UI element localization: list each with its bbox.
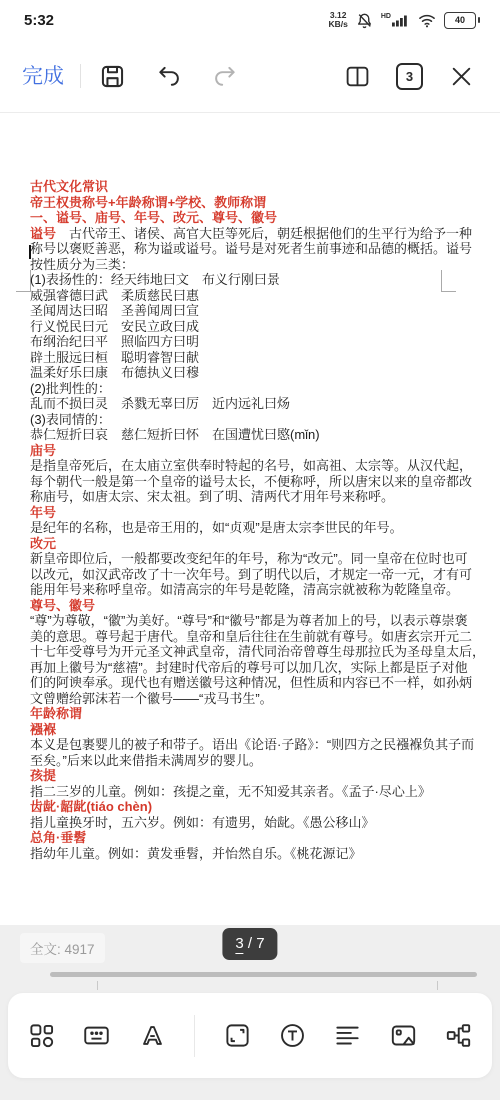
font-style-button[interactable]: [139, 1022, 166, 1049]
clock: 5:32: [24, 12, 54, 29]
keyboard-button[interactable]: [83, 1022, 110, 1049]
fit-frame-icon: [224, 1022, 251, 1049]
doc-heading-text: 尊号、徽号: [30, 598, 95, 613]
doc-body-text: 每个朝代一般是第一个皇帝的谥号太长，不便称呼，所以唐宋以来的皇帝都改: [30, 474, 472, 489]
doc-body-text: 乱而不损曰灵 杀戮无辜曰厉 近内远礼曰炀: [30, 396, 290, 411]
doc-line: 是纪年的名称，也是帝王用的，如“贞观”是唐太宗李世民的年号。: [30, 520, 470, 536]
insert-shape-button[interactable]: [445, 1022, 472, 1049]
doc-line: 庙号: [30, 443, 470, 459]
bottom-toolbar: [8, 993, 492, 1078]
doc-line: (3)表同情的：: [30, 412, 470, 428]
text-format-button[interactable]: [279, 1022, 306, 1049]
doc-line: 至矣。”后来以此来借指未满周岁的婴儿。: [30, 753, 470, 769]
doc-body-text: 新皇帝即位后，一般都要改变纪年的年号，称为“改元”。同一皇帝在位时也可: [30, 551, 468, 566]
page-indicator-badge[interactable]: 3 / 7: [222, 928, 277, 960]
doc-lines: 古代文化常识帝王权贵称号+年龄称谓+学校、教师称谓一、谥号、庙号、年号、改元、尊…: [30, 179, 470, 861]
doc-heading-text: 襁褓: [30, 722, 56, 737]
next-page-mark-right: [437, 981, 438, 990]
doc-heading-text: 齿龀·龆龀(tiáo chèn): [30, 799, 152, 814]
doc-line: 谥号 古代帝王、诸侯、高官大臣等死后，朝廷根据他们的生平行为给予一种: [30, 226, 470, 242]
horizontal-scrollbar[interactable]: [50, 972, 477, 977]
doc-line: 一、谥号、庙号、年号、改元、尊号、徽号: [30, 210, 470, 226]
bottom-toolbar-divider: [194, 1015, 195, 1057]
mute-bell-icon: [356, 12, 373, 29]
doc-line: 称庙号，如唐太宗、宋太祖。到了明、清两代才用年号来称呼。: [30, 489, 470, 505]
crop-mark-top-left: [16, 270, 31, 292]
doc-line: 按性质分为三类：: [30, 257, 470, 273]
doc-line: (1)表扬性的：经天纬地曰文 布义行刚曰景: [30, 272, 470, 288]
doc-line: 温柔好乐曰康 布德执义曰穆: [30, 365, 470, 381]
battery-icon: 40: [444, 12, 476, 29]
text-circle-icon: [279, 1022, 306, 1049]
doc-body-text: (1)表扬性的：经天纬地曰文 布义行刚曰景: [30, 272, 280, 287]
save-icon: [99, 63, 126, 90]
doc-heading-text: 年龄称谓: [30, 706, 82, 721]
doc-heading-text: 谥号: [30, 226, 56, 241]
doc-line: 总角·垂髫: [30, 830, 470, 846]
doc-line: 年号: [30, 505, 470, 521]
total-pages: 7: [256, 935, 264, 952]
undo-icon: [156, 63, 182, 89]
doc-body-text: 指幼年儿童。例如：黄发垂髫，并怡然自乐。《桃花源记》: [30, 846, 362, 861]
doc-line: 襁褓: [30, 722, 470, 738]
doc-line: 帝王权贵称号+年龄称谓+学校、教师称谓: [30, 195, 470, 211]
doc-heading-text: 帝王权贵称号+年龄称谓+学校、教师称谓: [30, 195, 266, 210]
doc-body-text: (2)批判性的：: [30, 381, 111, 396]
network-speed: 3.12 KB/s: [329, 11, 348, 30]
doc-heading-text: 孩提: [30, 768, 56, 783]
doc-line: 齿龀·龆龀(tiáo chèn): [30, 799, 470, 815]
doc-body-text: 行义悦民曰元 安民立政曰成: [30, 319, 199, 334]
doc-body-text: 以改元，如汉武帝改了十一次年号。到了明代以后，才规定一帝一元，才有可: [30, 567, 472, 582]
doc-heading-text: 总角·垂髫: [30, 830, 86, 845]
doc-heading-text: 庙号: [30, 443, 56, 458]
insert-image-button[interactable]: [390, 1022, 417, 1049]
doc-line: 再加上徽号为“慈禧”。封建时代帝后的尊号可以加几次，实际上都是臣子对他: [30, 660, 470, 676]
doc-body-text: 称庙号，如唐太宗、宋太祖。到了明、清两代才用年号来称呼。: [30, 489, 394, 504]
word-count-chip[interactable]: 全文: 4917: [20, 933, 105, 963]
close-button[interactable]: [449, 64, 474, 89]
doc-line: 美的意思。尊号起于唐代。皇帝和皇后往往在生前就有尊号。如唐玄宗开元二: [30, 629, 470, 645]
font-style-icon: [139, 1022, 166, 1049]
paragraph-button[interactable]: [334, 1022, 361, 1049]
doc-body-text: 恭仁短折曰哀 慈仁短折曰怀 在国遭忧曰愍(mǐn): [30, 427, 320, 442]
image-icon: [390, 1022, 417, 1049]
wifi-icon: [418, 13, 436, 28]
doc-body-text: 指儿童换牙时，五六岁。例如：有遗男，始龀。《愚公移山》: [30, 815, 375, 830]
doc-body-text: 温柔好乐曰康 布德执义曰穆: [30, 365, 199, 380]
doc-line: 孩提: [30, 768, 470, 784]
doc-body-text: 布纲治纪曰平 照临四方曰明: [30, 334, 199, 349]
doc-line: 指二三岁的儿童。例如：孩提之童，无不知爱其亲者。《孟子·尽心上》: [30, 784, 470, 800]
shapes-flow-icon: [445, 1022, 472, 1049]
edit-toolbar: 完成: [0, 40, 500, 113]
doc-body-text: 辟土服远曰桓 聪明睿智曰献: [30, 350, 199, 365]
doc-body-text: 文曾赠给郭沫若一个徽号——“戎马书生”。: [30, 691, 273, 706]
doc-body-text: 是指皇帝死后，在太庙立室供奉时特起的名号，如高祖、太宗等。从汉代起，: [30, 458, 472, 473]
doc-heading-text: 改元: [30, 536, 56, 551]
doc-body-text: 能用年号来称呼皇帝。如清高宗的年号是乾隆，清高宗就被称为乾隆皇帝。: [30, 582, 459, 597]
doc-body-text: (3)表同情的：: [30, 412, 111, 427]
cell-signal-icon: HD: [381, 13, 410, 27]
doc-line: 文曾赠给郭沫若一个徽号——“戎马书生”。: [30, 691, 470, 707]
done-button[interactable]: 完成: [22, 66, 64, 87]
doc-body-text: 威强睿德曰武 柔质慈民曰惠: [30, 288, 199, 303]
toolbar-divider: [80, 64, 81, 88]
tools-grid-button[interactable]: [28, 1022, 55, 1049]
text-cursor: [29, 245, 31, 259]
redo-button[interactable]: [212, 63, 238, 89]
doc-body-text: 十七年受尊号为开元圣文神武皇帝，清代同治帝曾尊生母那拉氏为圣母皇太后，: [30, 644, 485, 659]
doc-body-text: 们的阿谀奉承。现代也有赠送徽号这种情况，但性质和内容已不一样，如孙炳: [30, 675, 472, 690]
doc-line: 指幼年儿童。例如：黄发垂髫，并怡然自乐。《桃花源记》: [30, 846, 470, 862]
doc-line: 新皇帝即位后，一般都要改变纪年的年号，称为“改元”。同一皇帝在位时也可: [30, 551, 470, 567]
undo-button[interactable]: [156, 63, 182, 89]
doc-line: 能用年号来称呼皇帝。如清高宗的年号是乾隆，清高宗就被称为乾隆皇帝。: [30, 582, 470, 598]
tab-count-box: 3: [396, 63, 423, 90]
status-icons: 3.12 KB/s HD 40: [329, 11, 477, 30]
doc-line: (2)批判性的：: [30, 381, 470, 397]
doc-line: 乱而不损曰灵 杀戮无辜曰厉 近内远礼曰炀: [30, 396, 470, 412]
doc-heading-text: 古代文化常识: [30, 179, 108, 194]
split-view-icon: [345, 64, 370, 89]
doc-body-text: 至矣。”后来以此来借指未满周岁的婴儿。: [30, 753, 262, 768]
doc-line: 尊号、徽号: [30, 598, 470, 614]
page-separator: /: [244, 935, 257, 952]
doc-body-text: 本义是包裹婴儿的被子和带子。语出《论语·子路》：“则四方之民襁褓负其子而: [30, 737, 474, 752]
doc-body-text: “尊”为尊敬，“徽”为美好。“尊号”和“徽号”都是为尊者加上的号，以表示尊崇褒: [30, 613, 468, 628]
doc-body-text: 是纪年的名称，也是帝王用的，如“贞观”是唐太宗李世民的年号。: [30, 520, 403, 535]
fit-frame-button[interactable]: [224, 1022, 251, 1049]
doc-heading-text: 一、谥号、庙号、年号、改元、尊号、徽号: [30, 210, 277, 225]
doc-line: 十七年受尊号为开元圣文神武皇帝，清代同治帝曾尊生母那拉氏为圣母皇太后，: [30, 644, 470, 660]
doc-line: 是指皇帝死后，在太庙立室供奉时特起的名号，如高祖、太宗等。从汉代起，: [30, 458, 470, 474]
document-page[interactable]: 古代文化常识帝王权贵称号+年龄称谓+学校、教师称谓一、谥号、庙号、年号、改元、尊…: [0, 113, 500, 925]
tab-count-button[interactable]: 3: [396, 63, 423, 90]
doc-body-text: 圣闻周达曰昭 圣善闻周曰宣: [30, 303, 199, 318]
doc-line: 称号以褒贬善恶，称为谥或谥号。谥号是对死者生前事迹和品德的概括。谥号: [30, 241, 470, 257]
doc-line: 改元: [30, 536, 470, 552]
doc-line: 指儿童换牙时，五六岁。例如：有遗男，始龀。《愚公移山》: [30, 815, 470, 831]
next-page-mark-left: [97, 981, 98, 990]
doc-line: 布纲治纪曰平 照临四方曰明: [30, 334, 470, 350]
doc-line: 威强睿德曰武 柔质慈民曰惠: [30, 288, 470, 304]
doc-line: 恭仁短折曰哀 慈仁短折曰怀 在国遭忧曰愍(mǐn): [30, 427, 470, 443]
doc-body-text: 按性质分为三类：: [30, 257, 134, 272]
doc-line: 圣闻周达曰昭 圣善闻周曰宣: [30, 303, 470, 319]
doc-body-text: 古代帝王、诸侯、高官大臣等死后，朝廷根据他们的生平行为给予一种: [56, 226, 472, 241]
doc-line: 辟土服远曰桓 聪明睿智曰献: [30, 350, 470, 366]
doc-line: 每个朝代一般是第一个皇帝的谥号太长，不便称呼，所以唐宋以来的皇帝都改: [30, 474, 470, 490]
close-icon: [449, 64, 474, 89]
tools-grid-icon: [28, 1022, 55, 1049]
doc-body-text: 指二三岁的儿童。例如：孩提之童，无不知爱其亲者。《孟子·尽心上》: [30, 784, 431, 799]
doc-line: 古代文化常识: [30, 179, 470, 195]
doc-line: 行义悦民曰元 安民立政曰成: [30, 319, 470, 335]
doc-line: 们的阿谀奉承。现代也有赠送徽号这种情况，但性质和内容已不一样，如孙炳: [30, 675, 470, 691]
redo-icon: [212, 63, 238, 89]
doc-body-text: 再加上徽号为“慈禧”。封建时代帝后的尊号可以加几次，实际上都是臣子对他: [30, 660, 468, 675]
doc-line: 以改元，如汉武帝改了十一次年号。到了明代以后，才规定一帝一元，才有可: [30, 567, 470, 583]
status-bar: 5:32 3.12 KB/s HD: [0, 0, 500, 40]
split-view-button[interactable]: [345, 64, 370, 89]
doc-heading-text: 年号: [30, 505, 56, 520]
doc-line: 年龄称谓: [30, 706, 470, 722]
paragraph-align-icon: [334, 1022, 361, 1049]
doc-line: 本义是包裹婴儿的被子和带子。语出《论语·子路》：“则四方之民襁褓负其子而: [30, 737, 470, 753]
save-button[interactable]: [99, 63, 126, 90]
keyboard-icon: [83, 1022, 110, 1049]
doc-body-text: 美的意思。尊号起于唐代。皇帝和皇后往往在生前就有尊号。如唐玄宗开元二: [30, 629, 472, 644]
footer-area: 全文: 4917 3 / 7: [0, 925, 500, 1100]
doc-line: “尊”为尊敬，“徽”为美好。“尊号”和“徽号”都是为尊者加上的号，以表示尊崇褒: [30, 613, 470, 629]
doc-body-text: 称号以褒贬善恶，称为谥或谥号。谥号是对死者生前事迹和品德的概括。谥号: [30, 241, 472, 256]
